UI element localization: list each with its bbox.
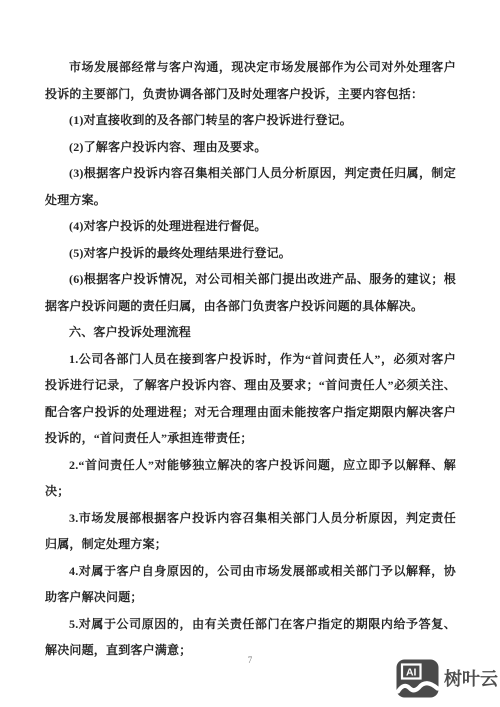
document-page: 市场发展部经常与客户沟通，现决定市场发展部作为公司对外处理客户投诉的主要部门，负… — [0, 0, 500, 707]
intro-paragraph: 市场发展部经常与客户沟通，现决定市场发展部作为公司对外处理客户投诉的主要部门，负… — [45, 54, 456, 107]
numbered-item-4: (4)对客户投诉的处理进程进行督促。 — [45, 213, 456, 240]
section-heading: 六、客户投诉处理流程 — [45, 319, 456, 346]
process-step-3: 3.市场发展部根据客户投诉内容召集相关部门人员分析原因，判定责任归属，制定处理方… — [45, 505, 456, 558]
watermark-icon-label: AI — [406, 667, 417, 679]
watermark: AI 树叶云 — [396, 659, 498, 698]
watermark-brand-name: 树叶云 — [444, 670, 498, 688]
numbered-item-1: (1)对直接收到的及各部门转呈的客户投诉进行登记。 — [45, 107, 456, 134]
process-step-1: 1.公司各部门人员在接到客户投诉时，作为“首问责任人”，必须对客户投诉进行记录，… — [45, 346, 456, 452]
numbered-item-2: (2)了解客户投诉内容、理由及要求。 — [45, 134, 456, 161]
ai-image-logo-icon: AI — [396, 659, 439, 698]
numbered-item-3: (3)根据客户投诉内容召集相关部门人员分析原因，判定责任归属，制定处理方案。 — [45, 160, 456, 213]
numbered-item-5: (5)对客户投诉的最终处理结果进行登记。 — [45, 240, 456, 267]
process-step-2: 2.“首问责任人”对能够独立解决的客户投诉问题，应立即予以解释、解决； — [45, 452, 456, 505]
numbered-item-6: (6)根据客户投诉情况，对公司相关部门提出改进产品、服务的建议；根据客户投诉问题… — [45, 266, 456, 319]
document-body: 市场发展部经常与客户沟通，现决定市场发展部作为公司对外处理客户投诉的主要部门，负… — [45, 54, 456, 664]
process-step-4: 4.对属于客户自身原因的，公司由市场发展部或相关部门予以解释，协助客户解决问题； — [45, 558, 456, 611]
